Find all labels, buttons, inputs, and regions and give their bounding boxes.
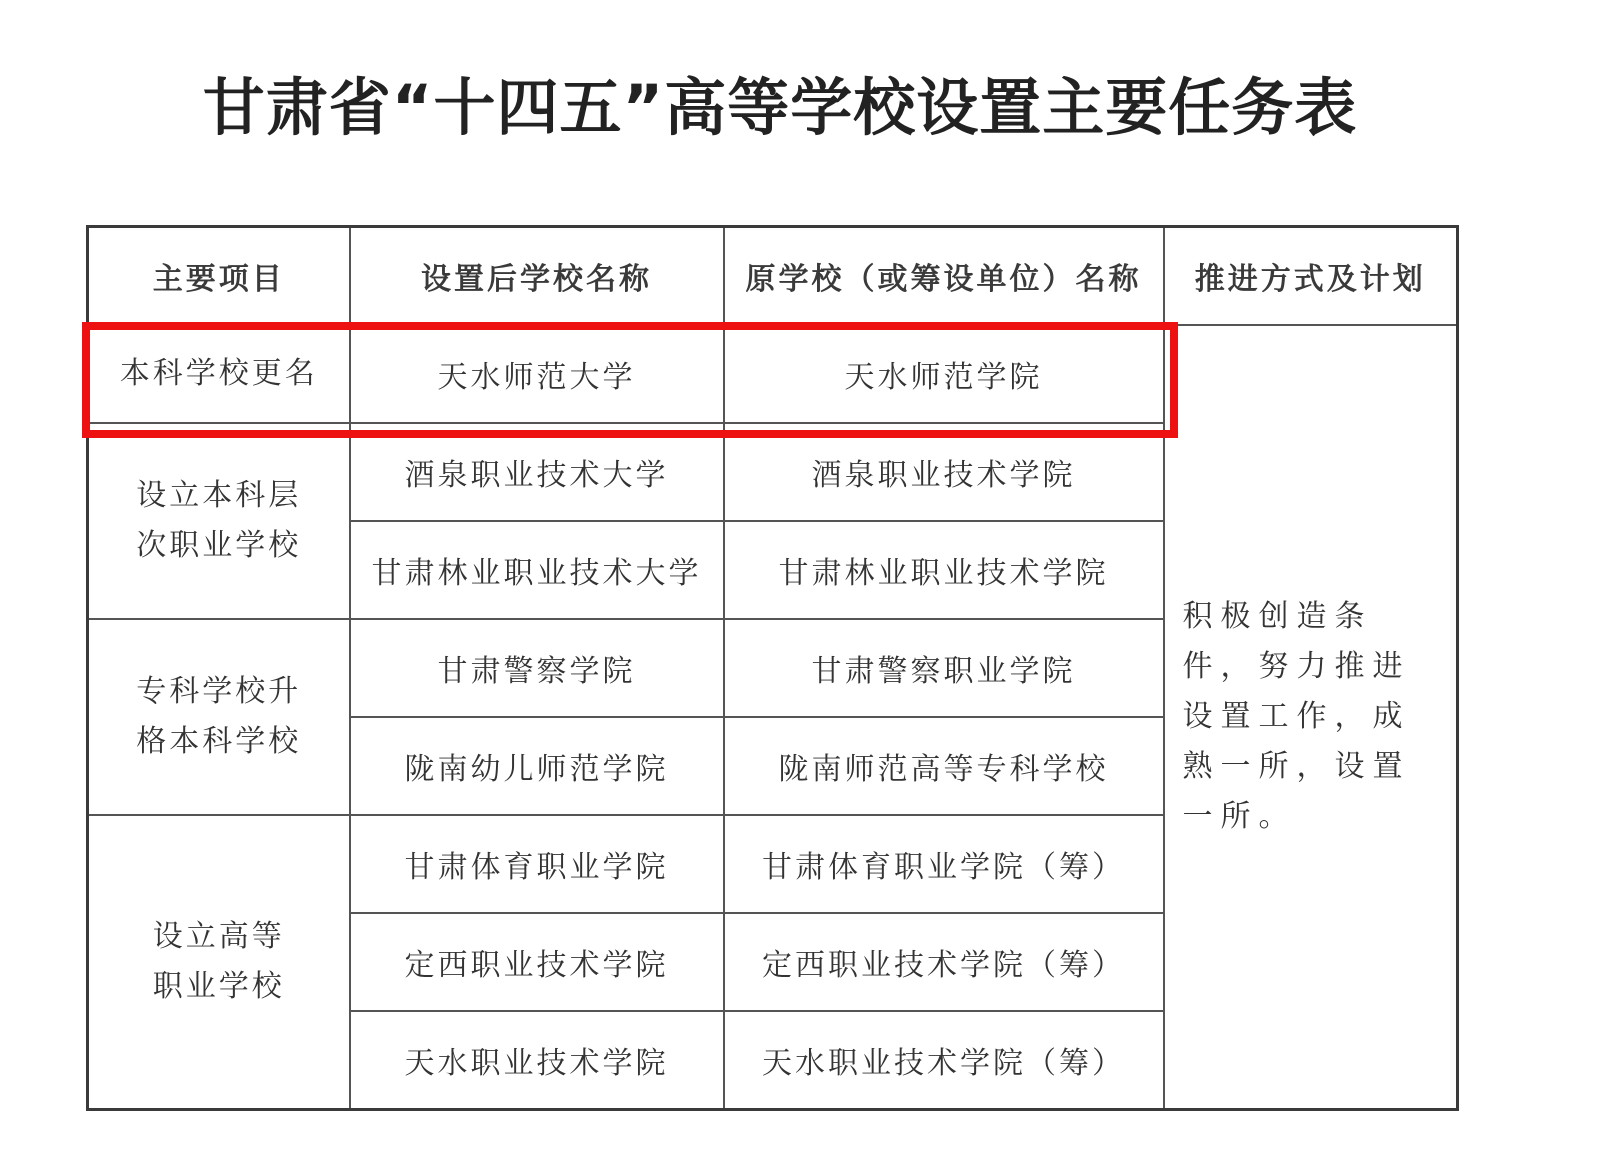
category-cell: 设立高等职业学校: [88, 815, 350, 1110]
original-name-cell: 甘肃警察职业学院: [724, 619, 1164, 717]
original-name-cell: 天水师范学院: [724, 325, 1164, 423]
document-title: 甘肃省“十四五”高等学校设置主要任务表: [0, 58, 1560, 147]
header-new-school-name: 设置后学校名称: [350, 227, 724, 326]
header-original-school-name: 原学校（或筹设单位）名称: [724, 227, 1164, 326]
original-name-cell: 甘肃体育职业学院（筹）: [724, 815, 1164, 913]
new-name-cell: 甘肃警察学院: [350, 619, 724, 717]
header-main-project: 主要项目: [88, 227, 350, 326]
original-name-cell: 甘肃林业职业技术学院: [724, 521, 1164, 619]
new-name-cell: 甘肃林业职业技术大学: [350, 521, 724, 619]
new-name-cell: 甘肃体育职业学院: [350, 815, 724, 913]
category-cell: 专科学校升格本科学校: [88, 619, 350, 815]
header-plan: 推进方式及计划: [1164, 227, 1458, 326]
original-name-cell: 陇南师范高等专科学校: [724, 717, 1164, 815]
category-cell: 本科学校更名: [88, 325, 350, 423]
new-name-cell: 天水师范大学: [350, 325, 724, 423]
new-name-cell: 天水职业技术学院: [350, 1011, 724, 1110]
new-name-cell: 定西职业技术学院: [350, 913, 724, 1011]
category-cell: 设立本科层次职业学校: [88, 423, 350, 619]
new-name-cell: 陇南幼儿师范学院: [350, 717, 724, 815]
new-name-cell: 酒泉职业技术大学: [350, 423, 724, 521]
plan-cell: 积极创造条件，努力推进设置工作，成熟一所，设置一所。: [1164, 325, 1458, 1110]
original-name-cell: 酒泉职业技术学院: [724, 423, 1164, 521]
table-header-row: 主要项目 设置后学校名称 原学校（或筹设单位）名称 推进方式及计划: [88, 227, 1458, 326]
original-name-cell: 定西职业技术学院（筹）: [724, 913, 1164, 1011]
original-name-cell: 天水职业技术学院（筹）: [724, 1011, 1164, 1110]
table-row: 本科学校更名 天水师范大学 天水师范学院 积极创造条件，努力推进设置工作，成熟一…: [88, 325, 1458, 423]
school-setup-task-table: 主要项目 设置后学校名称 原学校（或筹设单位）名称 推进方式及计划 本科学校更名…: [86, 225, 1459, 1111]
